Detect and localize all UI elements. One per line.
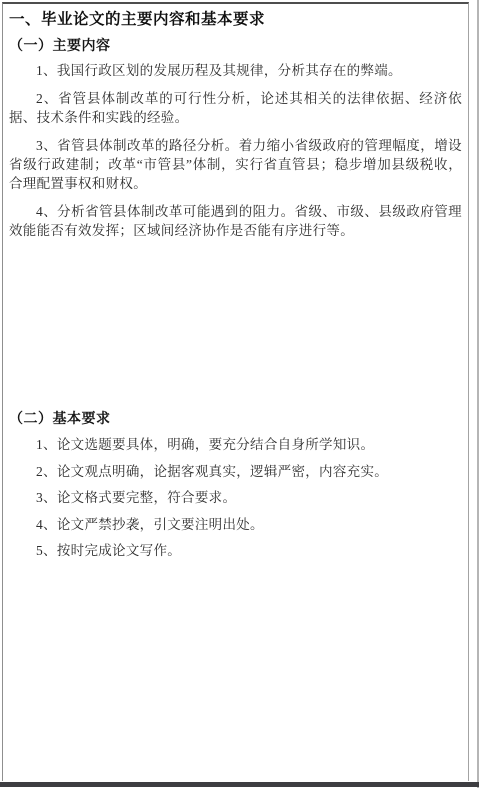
bottom-edge-bar: [0, 782, 479, 787]
section-heading-basic-requirements: （二）基本要求: [9, 410, 462, 427]
main-content-item-1: 1、我国行政区划的发展历程及其规律，分析其存在的弊端。: [9, 61, 462, 80]
section-main-content: （一）主要内容 1、我国行政区划的发展历程及其规律，分析其存在的弊端。 2、省管…: [9, 37, 462, 240]
section-heading-main-content: （一）主要内容: [9, 37, 462, 54]
requirement-item-4: 4、论文严禁抄袭，引文要注明出处。: [9, 517, 462, 533]
main-content-item-2: 2、省管县体制改革的可行性分析，论述其相关的法律依据、经济依据、技术条件和实践的…: [9, 89, 462, 127]
requirement-item-3: 3、论文格式要完整，符合要求。: [9, 490, 462, 506]
main-content-item-3: 3、省管县体制改革的路径分析。着力缩小省级政府的管理幅度，增设省级行政建制；改革…: [9, 136, 462, 193]
requirement-item-1: 1、论文选题要具体，明确，要充分结合自身所学知识。: [9, 437, 462, 453]
document-border-box: 一、毕业论文的主要内容和基本要求 （一）主要内容 1、我国行政区划的发展历程及其…: [2, 2, 469, 781]
main-content-item-4: 4、分析省管县体制改革可能遇到的阻力。省级、市级、县级政府管理效能能否有效发挥；…: [9, 202, 462, 240]
requirement-item-2: 2、论文观点明确，论据客观真实，逻辑严密，内容充实。: [9, 464, 462, 480]
section-basic-requirements: （二）基本要求 1、论文选题要具体，明确，要充分结合自身所学知识。 2、论文观点…: [9, 410, 462, 559]
document-title: 一、毕业论文的主要内容和基本要求: [9, 9, 462, 30]
document-page: 一、毕业论文的主要内容和基本要求 （一）主要内容 1、我国行政区划的发展历程及其…: [0, 0, 479, 788]
requirement-item-5: 5、按时完成论文写作。: [9, 543, 462, 559]
